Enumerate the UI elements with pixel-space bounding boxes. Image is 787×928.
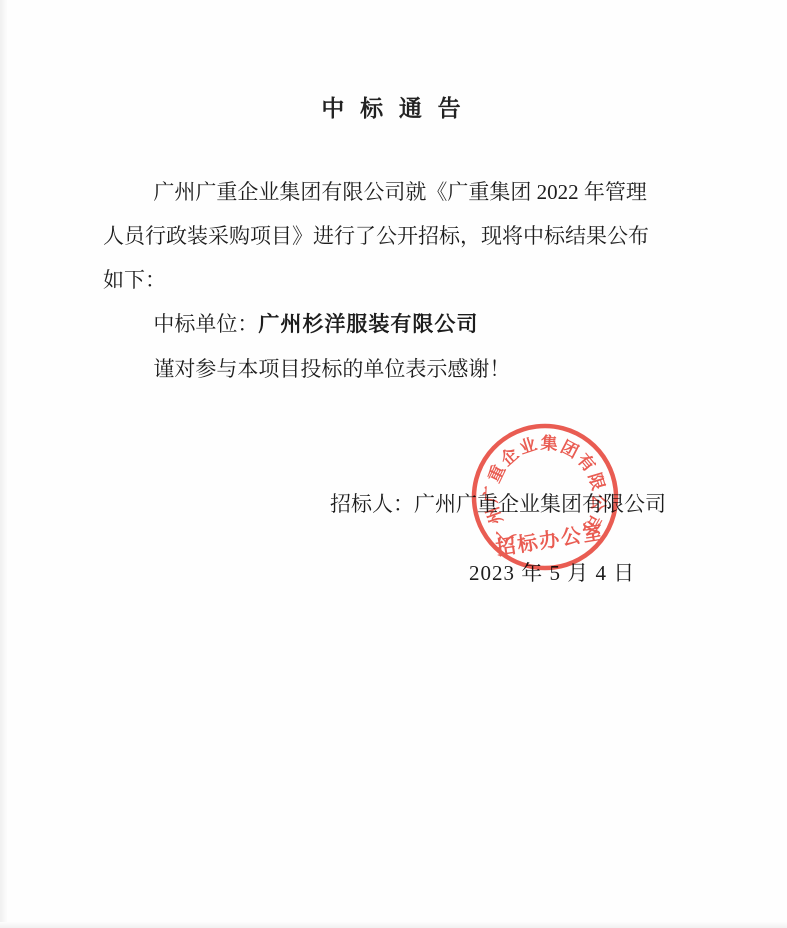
issuer-label: 招标人： (330, 492, 414, 516)
svg-text:企: 企 (496, 443, 522, 469)
thanks-line: 谨对参与本项目投标的单位表示感谢！ (103, 347, 687, 391)
body-line-2: 人员行政装采购项目》进行了公开招标，现将中标结果公布 (103, 214, 687, 258)
scan-edge-bottom (0, 922, 787, 928)
body-line-1: 广州广重企业集团有限公司就《广重集团 2022 年管理 (103, 170, 687, 214)
page-title: 中 标 通 告 (0, 90, 787, 123)
signature-line: 招标人：广州广重企业集团有限公司 (330, 488, 666, 518)
svg-text:广: 广 (492, 521, 518, 547)
date-line: 2023 年 5 月 4 日 (469, 557, 635, 587)
scan-edge-left (0, 0, 7, 928)
winner-line: 中标单位：广州杉洋服装有限公司 (103, 302, 687, 347)
document-page: 中 标 通 告 广州广重企业集团有限公司就《广重集团 2022 年管理 人员行政… (0, 0, 787, 928)
winner-name: 广州杉洋服装有限公司 (258, 313, 478, 336)
body-line-3: 如下： (103, 258, 687, 302)
svg-text:有: 有 (573, 450, 599, 476)
notice-body: 广州广重企业集团有限公司就《广重集团 2022 年管理 人员行政装采购项目》进行… (103, 170, 687, 391)
svg-text:团: 团 (558, 437, 582, 462)
winner-label: 中标单位： (153, 312, 258, 336)
seal-inner-text: 招标办公室 (494, 519, 606, 560)
issuer-name: 广州广重企业集团有限公司 (414, 492, 666, 516)
svg-text:集: 集 (540, 433, 559, 454)
svg-text:重: 重 (484, 462, 509, 486)
svg-text:业: 业 (517, 435, 539, 458)
